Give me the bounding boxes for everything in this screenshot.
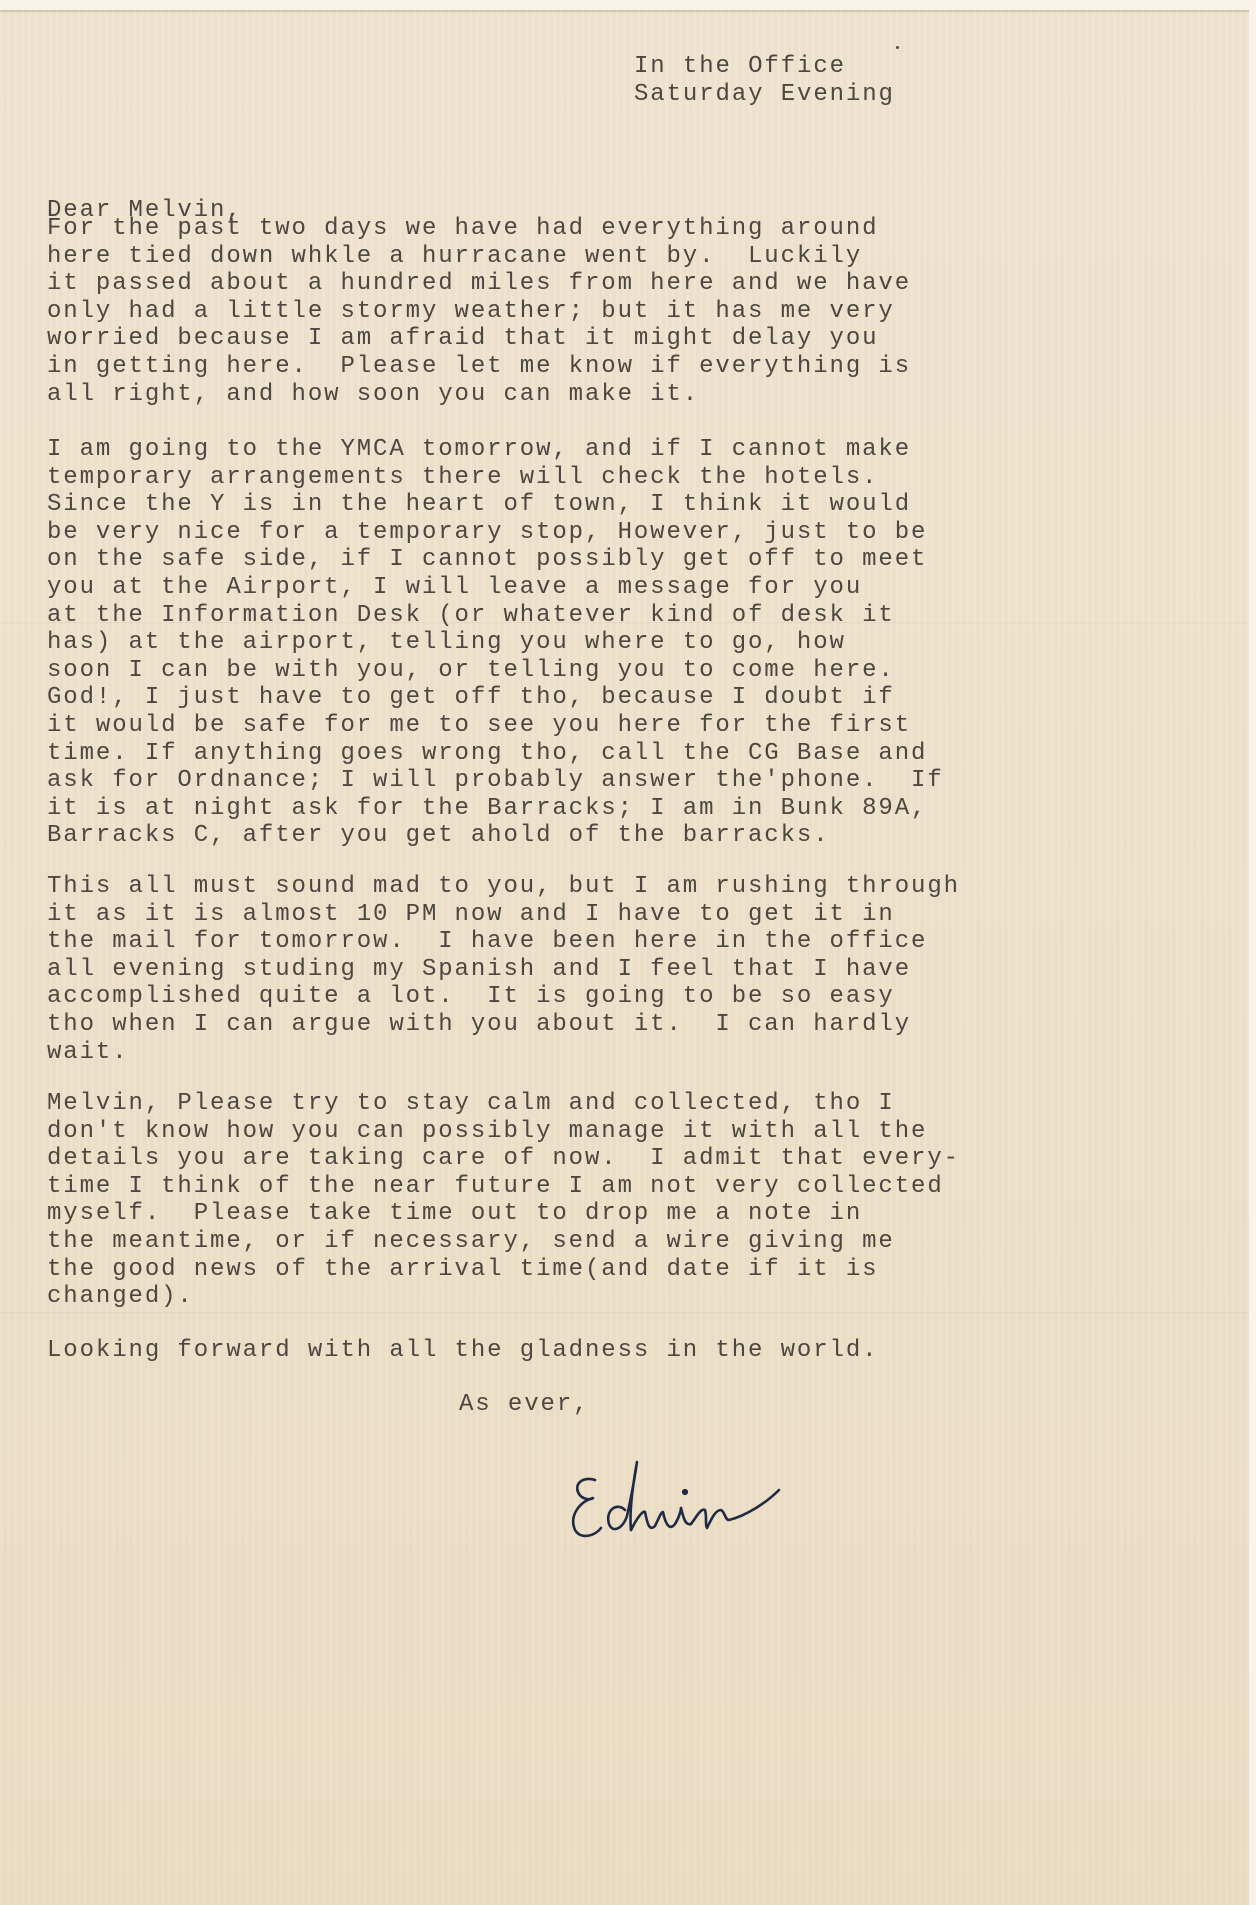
text-line: has) at the airport, telling you where t… <box>47 629 944 657</box>
valediction: As ever, <box>459 1391 589 1419</box>
closing-line: Looking forward with all the gladness in… <box>47 1337 878 1365</box>
text-line: it would be safe for me to see you here … <box>47 712 944 740</box>
paragraph-3: This all must sound mad to you, but I am… <box>47 873 960 1066</box>
text-line: changed). <box>47 1283 960 1311</box>
text-line: time. If anything goes wrong tho, call t… <box>47 740 944 768</box>
paper-fold-line <box>0 1312 1249 1314</box>
text-line: the mail for tomorrow. I have been here … <box>47 928 960 956</box>
text-line: in getting here. Please let me know if e… <box>47 353 911 381</box>
text-line: at the Information Desk (or whatever kin… <box>47 602 944 630</box>
text-line: on the safe side, if I cannot possibly g… <box>47 546 944 574</box>
text-line: soon I can be with you, or telling you t… <box>47 657 944 685</box>
text-line: ask for Ordnance; I will probably answer… <box>47 767 944 795</box>
text-line: be very nice for a temporary stop, Howev… <box>47 519 944 547</box>
text-line: myself. Please take time out to drop me … <box>47 1200 960 1228</box>
text-line: Melvin, Please try to stay calm and coll… <box>47 1090 960 1118</box>
text-line: temporary arrangements there will check … <box>47 464 944 492</box>
handwritten-signature: Edwin <box>565 1440 795 1550</box>
paragraph-1: For the past two days we have had everyt… <box>47 215 911 408</box>
text-line: it as it is almost 10 PM now and I have … <box>47 901 960 929</box>
text-line: time I think of the near future I am not… <box>47 1173 960 1201</box>
text-line: it passed about a hundred miles from her… <box>47 270 911 298</box>
text-line: the good news of the arrival time(and da… <box>47 1256 960 1284</box>
ink-speck <box>896 46 899 49</box>
heading-time: Saturday Evening <box>634 81 895 109</box>
text-line: details you are taking care of now. I ad… <box>47 1145 960 1173</box>
text-line: accomplished quite a lot. It is going to… <box>47 983 960 1011</box>
text-line: you at the Airport, I will leave a messa… <box>47 574 944 602</box>
text-line: don't know how you can possibly manage i… <box>47 1118 960 1146</box>
text-line: only had a little stormy weather; but it… <box>47 298 911 326</box>
paragraph-4: Melvin, Please try to stay calm and coll… <box>47 1090 960 1311</box>
text-line: I am going to the YMCA tomorrow, and if … <box>47 436 944 464</box>
text-line: here tied down whkle a hurracane went by… <box>47 243 911 271</box>
heading-location: In the Office <box>634 53 895 81</box>
text-line: worried because I am afraid that it migh… <box>47 325 911 353</box>
text-line: it is at night ask for the Barracks; I a… <box>47 795 944 823</box>
text-line: This all must sound mad to you, but I am… <box>47 873 960 901</box>
paragraph-2: I am going to the YMCA tomorrow, and if … <box>47 436 944 850</box>
text-line: For the past two days we have had everyt… <box>47 215 911 243</box>
text-line: Barracks C, after you get ahold of the b… <box>47 822 944 850</box>
text-line: the meantime, or if necessary, send a wi… <box>47 1228 960 1256</box>
text-line: tho when I can argue with you about it. … <box>47 1011 960 1039</box>
text-line: all right, and how soon you can make it. <box>47 381 911 409</box>
text-line: Since the Y is in the heart of town, I t… <box>47 491 944 519</box>
text-line: God!, I just have to get off tho, becaus… <box>47 684 944 712</box>
text-line: all evening studing my Spanish and I fee… <box>47 956 960 984</box>
letter-heading: In the OfficeSaturday Evening <box>634 53 895 108</box>
text-line: wait. <box>47 1039 960 1067</box>
